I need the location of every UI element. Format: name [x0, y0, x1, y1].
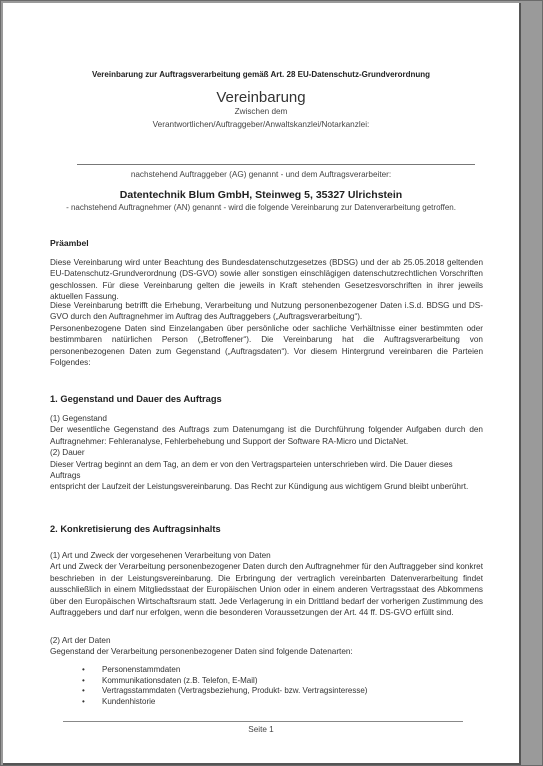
data-types-list: •Personenstammdaten •Kommunikationsdaten… [82, 665, 367, 707]
bullet-icon: • [82, 686, 85, 697]
section-2-data-types: (2) Art der Daten Gegenstand der Verarbe… [50, 635, 483, 658]
section-heading-2: 2. Konkretisierung des Auftragsinhalts [50, 524, 483, 535]
subsection-label: (1) Gegenstand [50, 413, 483, 424]
list-item: •Kommunikationsdaten (z.B. Telefon, E-Ma… [82, 676, 367, 687]
section-1-content: (1) Gegenstand Der wesentliche Gegenstan… [50, 413, 483, 493]
signature-line [77, 164, 475, 165]
preamble-paragraph: Diese Vereinbarung wird unter Beachtung … [50, 257, 483, 303]
page-number: Seite 1 [3, 725, 519, 734]
list-item: •Personenstammdaten [82, 665, 367, 676]
document-title: Vereinbarung [3, 89, 519, 106]
document-page: Vereinbarung zur Auftragsverarbeitung ge… [3, 3, 521, 765]
document-subtitle: Vereinbarung zur Auftragsverarbeitung ge… [3, 70, 519, 79]
subsection-label: (2) Dauer [50, 447, 483, 458]
list-item: •Vertragsstammdaten (Vertragsbeziehung, … [82, 686, 367, 697]
bullet-icon: • [82, 697, 85, 708]
document-viewer-frame: Vereinbarung zur Auftragsverarbeitung ge… [0, 0, 543, 766]
subsection-text: Der wesentliche Gegenstand des Auftrags … [50, 424, 483, 447]
client-note: nachstehend Auftraggeber (AG) genannt - … [3, 170, 519, 179]
section-heading-1: 1. Gegenstand und Dauer des Auftrags [50, 394, 483, 405]
section-2-content: (1) Art und Zweck der vorgesehenen Verar… [50, 550, 483, 618]
subsection-label: (2) Art der Daten [50, 635, 483, 646]
subsection-text: Gegenstand der Verarbeitung personenbezo… [50, 646, 483, 657]
bullet-icon: • [82, 665, 85, 676]
subsection-text: entspricht der Laufzeit der Leistungsver… [50, 481, 483, 492]
preamble-paragraph: Personenbezogene Daten sind Einzelangabe… [50, 323, 483, 369]
footer-divider [63, 721, 463, 722]
bullet-icon: • [82, 676, 85, 687]
contractor-name: Datentechnik Blum GmbH, Steinweg 5, 3532… [3, 189, 519, 201]
preamble-paragraph: Diese Vereinbarung betrifft die Erhebung… [50, 300, 483, 323]
subsection-text: Dieser Vertrag beginnt an dem Tag, an de… [50, 459, 483, 482]
between-label: Zwischen dem [3, 107, 519, 116]
list-item: •Kundenhistorie [82, 697, 367, 708]
subsection-label: (1) Art und Zweck der vorgesehenen Verar… [50, 550, 483, 561]
contractor-note: - nachstehend Auftragnehmer (AN) genannt… [3, 203, 519, 212]
subsection-text: Art und Zweck der Verarbeitung personenb… [50, 561, 483, 618]
preamble-heading: Präambel [50, 238, 483, 249]
party-label: Verantwortlichen/Auftraggeber/Anwaltskan… [3, 120, 519, 129]
